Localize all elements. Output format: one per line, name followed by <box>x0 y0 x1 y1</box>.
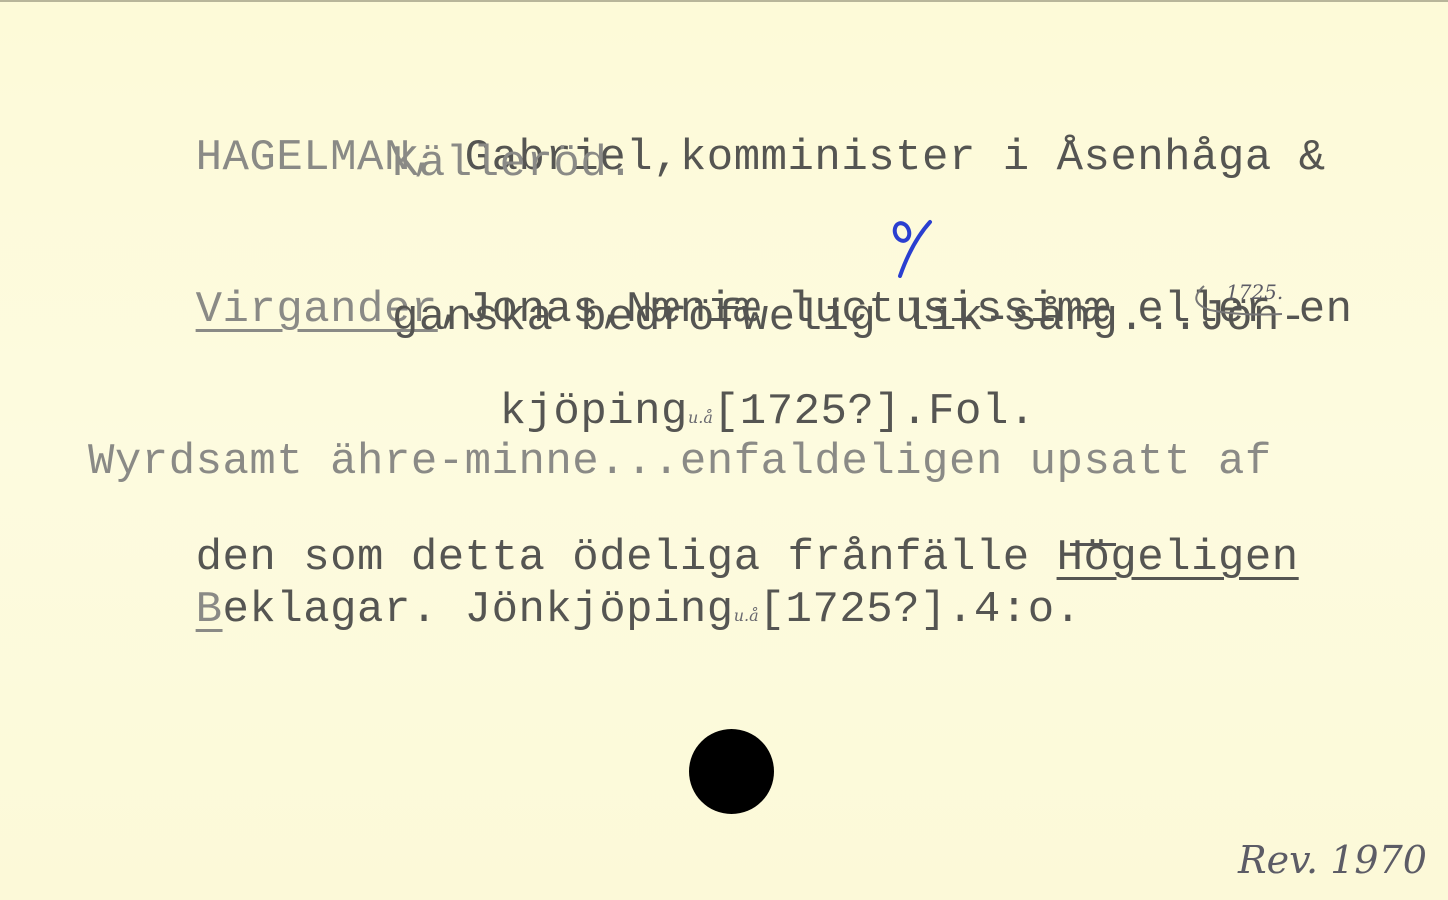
card-top-edge <box>0 0 1448 2</box>
punch-hole-icon <box>689 729 774 814</box>
entry2-line-1: Wyrdsamt ähre-minne...enfaldeligen upsat… <box>88 440 1272 484</box>
entry1-date-format: [1725?].Fol. <box>713 387 1036 437</box>
stray-underline-mark <box>1070 543 1116 546</box>
entry2-underlined-initial: B <box>196 585 223 635</box>
entry1-sine-anno-note: u.å <box>688 408 713 427</box>
blue-correction-mark-icon <box>888 218 938 278</box>
entry2-sine-anno-note: u.å <box>734 606 759 625</box>
entry2-line-3: Beklagar. Jönkjöpingu.å[1725?].4:o. <box>88 544 1082 676</box>
entry1-handwritten-year: 1725. <box>1226 280 1283 304</box>
heading-line-1: HAGELMAN, Gabriel,komminister i Åsenhåga… <box>88 92 1326 224</box>
entry2-text-rest: eklagar. Jönkjöping <box>223 585 734 635</box>
entry2-date-format: [1725?].4:o. <box>759 585 1082 635</box>
entry1-line-2: ganska bedröfwelig lik-sång...Jön- <box>392 296 1307 340</box>
catalogue-card: HAGELMAN, Gabriel,komminister i Åsenhåga… <box>0 0 1448 900</box>
entry1-place: kjöping <box>500 387 688 437</box>
entry2-underlined-word: Högeligen <box>1057 533 1299 583</box>
heading-line-2: Källeröd. <box>392 142 634 186</box>
revision-note: Rev. 1970 <box>1238 838 1427 882</box>
